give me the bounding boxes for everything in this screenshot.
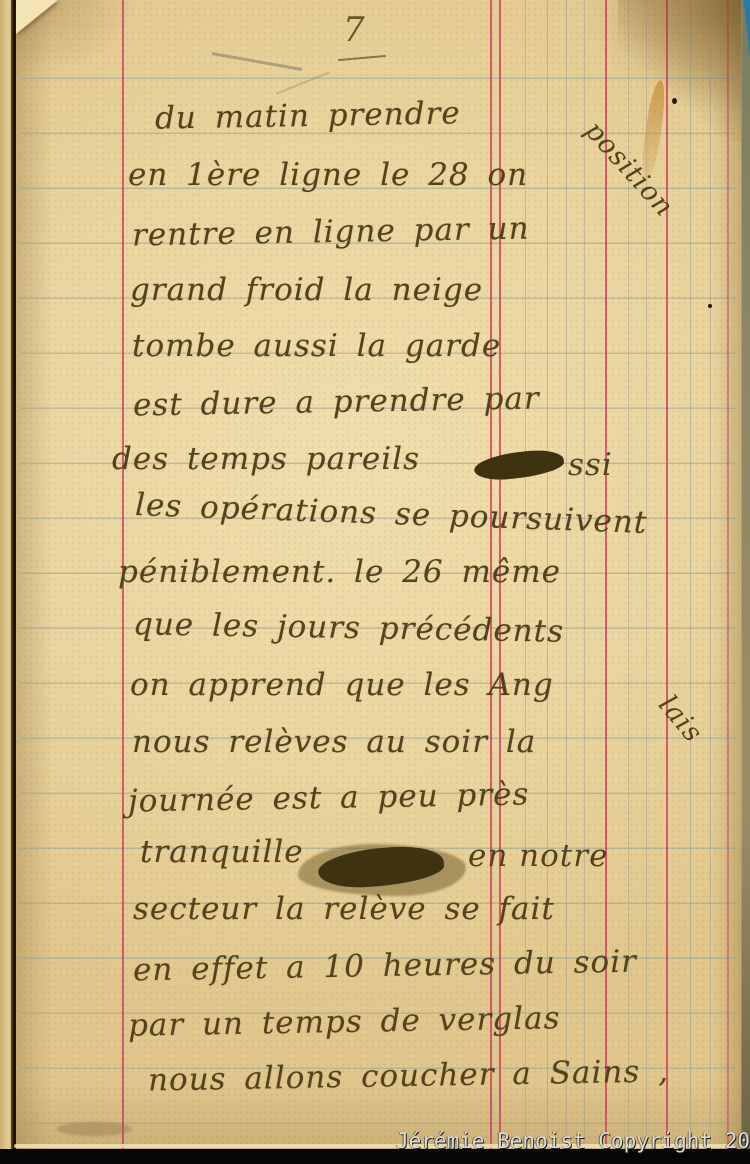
corner-fold	[16, 0, 58, 34]
smudge-mark	[56, 1122, 132, 1136]
manuscript-line: nous relèves au soir la	[132, 724, 536, 760]
page-right-edge	[741, 0, 750, 1150]
column-line-gray	[690, 0, 691, 1150]
manuscript-line: grand froid la neige	[130, 272, 483, 308]
column-line-red	[666, 0, 668, 1150]
copyright-watermark: Jérémie Benoist Copyright 2008	[396, 1129, 750, 1153]
manuscript-line: en 1ère ligne le 28 on	[128, 157, 528, 193]
manuscript-line: que les jours précédents	[133, 606, 565, 650]
manuscript-line: tombe aussi la garde	[132, 328, 501, 364]
manuscript-line: secteur la relève se fait	[133, 891, 555, 927]
manuscript-line: journée est a peu près	[128, 777, 530, 820]
manuscript-line-tail: en notre	[468, 838, 608, 874]
scanned-notebook-page: 7 du matin prendre position en 1ère lign…	[0, 0, 750, 1164]
manuscript-line: tranquille	[140, 834, 304, 870]
column-line-gray	[710, 0, 711, 1150]
manuscript-line: péniblement. le 26 même	[118, 554, 561, 590]
manuscript-line: est dure a prendre par	[133, 380, 540, 423]
manuscript-line: du matin prendre	[155, 95, 461, 136]
column-line-red	[727, 0, 729, 1150]
paper-sheet: 7 du matin prendre position en 1ère lign…	[16, 0, 742, 1150]
manuscript-line: on apprend que les Ang	[130, 667, 554, 703]
manuscript-line: par un temps de verglas	[128, 1000, 561, 1044]
manuscript-line: rentre en ligne par un	[132, 211, 530, 254]
ink-speck	[708, 304, 712, 308]
curled-corner-shadow	[618, 0, 742, 142]
page-number: 7	[343, 10, 365, 50]
manuscript-line: des temps pareils	[112, 441, 420, 477]
manuscript-line-tail: ssi	[568, 447, 613, 483]
